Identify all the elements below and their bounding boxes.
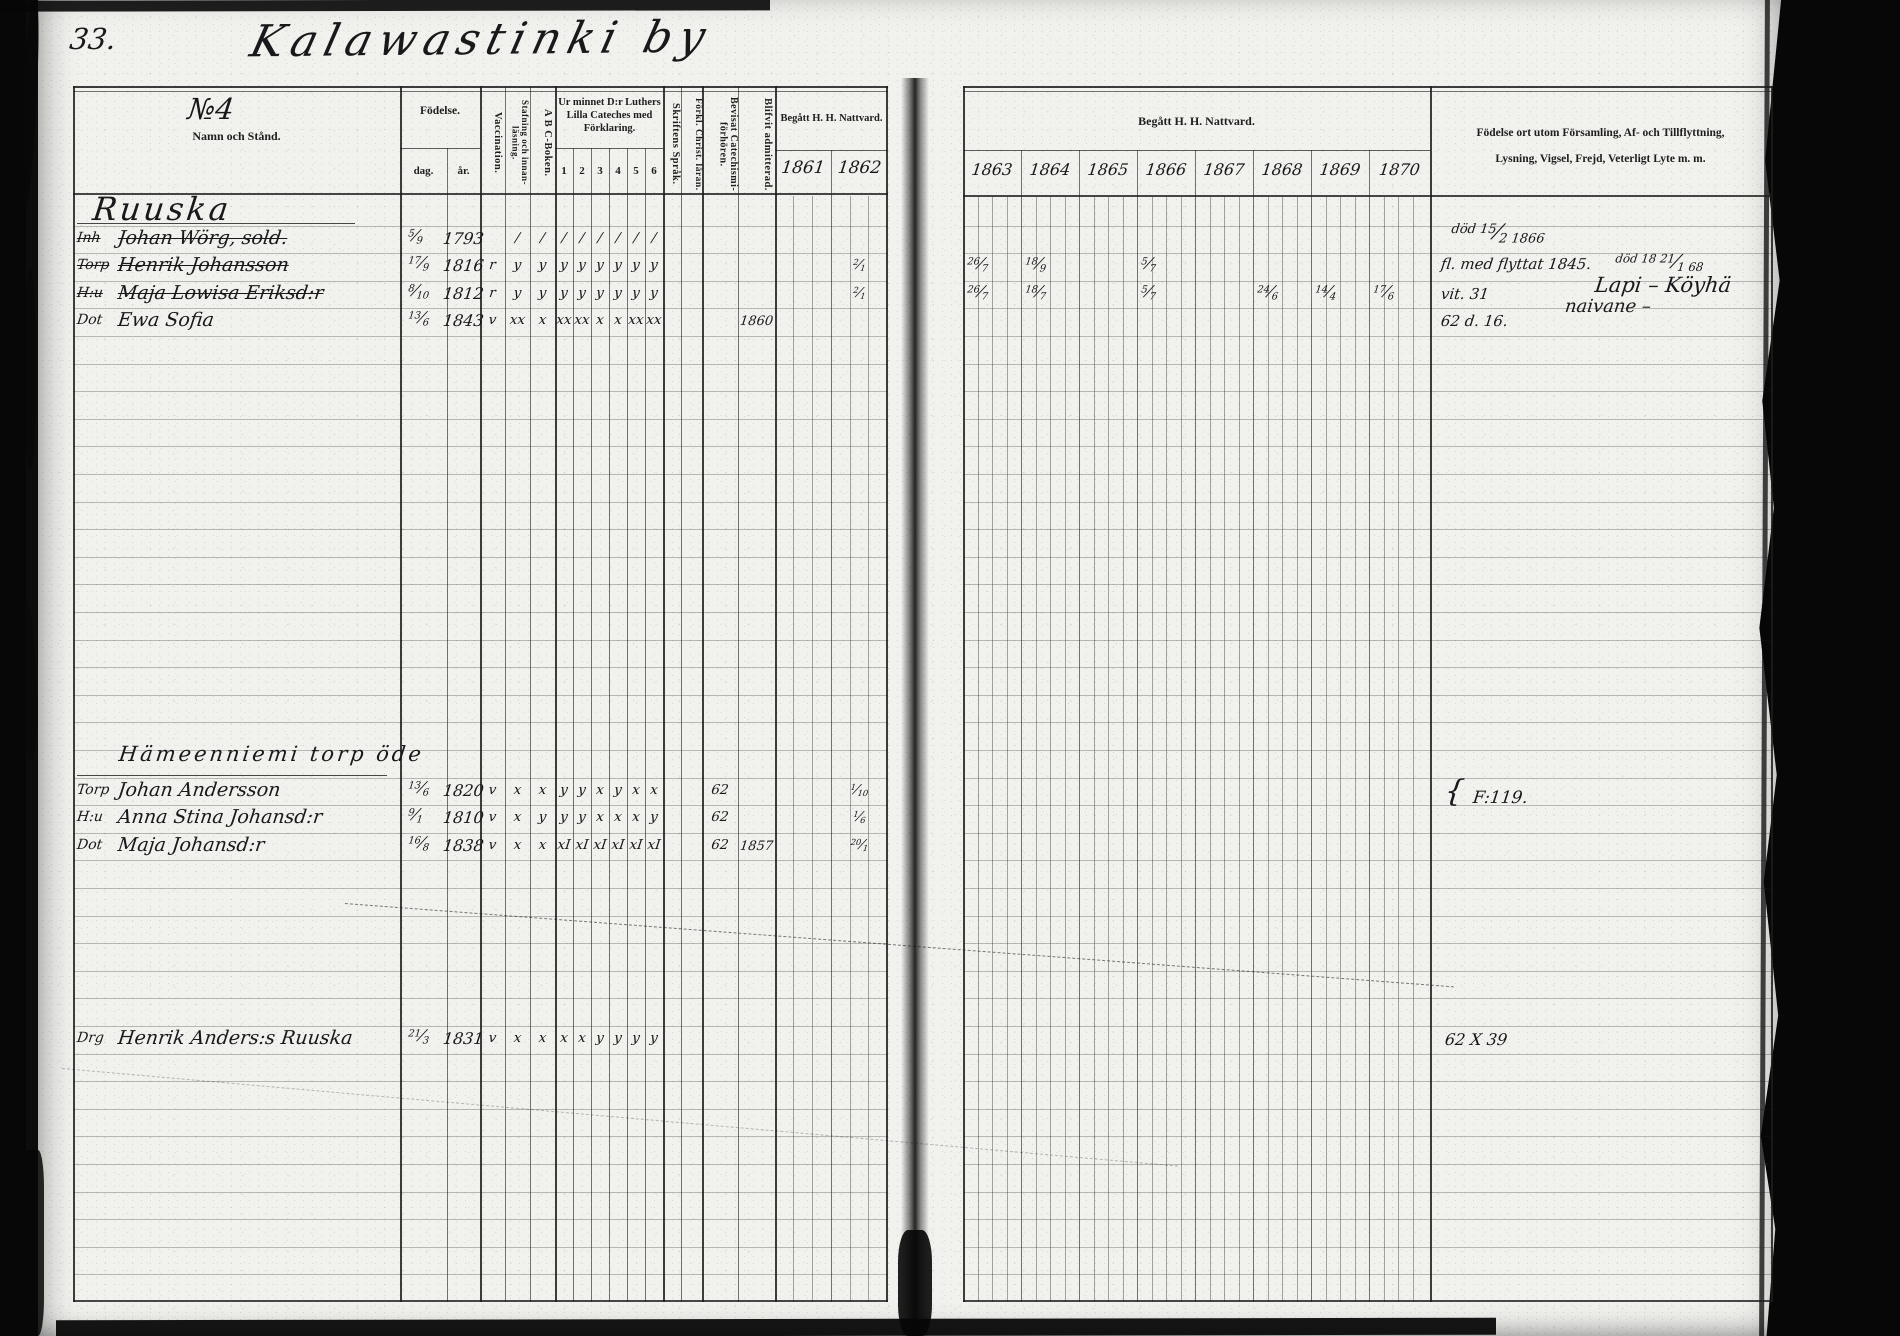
exam-mark-vacc: v — [479, 809, 506, 825]
exam-mark-c4: y — [608, 1030, 628, 1046]
row-rule-line — [73, 1109, 888, 1110]
exam-mark-y1862: 2⁄1 — [830, 257, 889, 273]
header-year-1862: 1862 — [830, 158, 889, 178]
row-rule-line — [73, 91, 888, 92]
exam-mark-c3: y — [590, 257, 610, 273]
exam-mark-c2: xI — [572, 837, 592, 853]
row-rule-line — [73, 502, 888, 503]
entry-birth-day: 16⁄8 — [407, 833, 431, 853]
header-birth: Födelse. — [400, 104, 480, 118]
row-rule-line — [963, 391, 1773, 392]
exam-mark-c4: y — [608, 285, 628, 301]
column-rule-line — [1311, 150, 1312, 1302]
exam-mark-abc: y — [529, 809, 556, 825]
torn-edge-right — [1755, 0, 1900, 1336]
exam-mark-c5: y — [626, 285, 646, 301]
entry-name: Maja Lowisa Eriksd:r — [117, 282, 325, 304]
exam-mark-c4: y — [608, 782, 628, 798]
row-rule-line — [963, 195, 1773, 197]
header-notes-line2: Lysning, Vigsel, Frejd, Veterligt Lyte m… — [1438, 152, 1763, 166]
exam-mark-c1: y — [554, 809, 574, 825]
row-rule-line — [963, 1136, 1773, 1137]
header-year-1865: 1865 — [1078, 160, 1138, 179]
entry-birth-day: 17⁄9 — [407, 253, 431, 273]
row-rule-line — [73, 1274, 888, 1275]
exam-mark-vacc: r — [479, 285, 506, 301]
exam-mark-c4: y — [608, 257, 628, 273]
exam-mark-staf: x — [504, 782, 531, 798]
header-admitted: Blifvit admitterad. — [742, 94, 773, 194]
row-rule-line — [963, 446, 1773, 447]
row-rule-line — [963, 502, 1773, 503]
exam-mark-c5: x — [626, 782, 646, 798]
exam-mark-bevisat: 62 — [701, 837, 739, 853]
exam-mark-abc: x — [529, 312, 556, 328]
row-rule-line — [963, 888, 1773, 889]
exam-mark-c1: y — [554, 782, 574, 798]
exam-mark-staf: x — [504, 1030, 531, 1046]
row-rule-line — [963, 998, 1773, 999]
row-rule-line — [963, 612, 1773, 613]
header-year-1868: 1868 — [1252, 160, 1312, 179]
communion-date-1866: 5⁄7 — [1140, 282, 1158, 302]
row-rule-line — [963, 695, 1773, 696]
entry-title: H:u — [76, 809, 104, 825]
row-rule-line — [963, 364, 1773, 365]
exam-mark-c5: ∕ — [626, 230, 646, 246]
row-rule-line — [73, 1219, 888, 1220]
exam-mark-y1862: 2⁄1 — [830, 285, 889, 301]
row-rule-line — [73, 943, 888, 944]
row-rule-line — [963, 557, 1773, 558]
section-heading: Hämeenniemi torp öde — [118, 742, 426, 766]
row-rule-line — [73, 584, 888, 585]
row-rule-line — [963, 584, 1773, 585]
column-rule-line — [1079, 150, 1080, 1302]
row-rule-line — [963, 336, 1773, 337]
exam-mark-blifvit: 1857 — [737, 839, 776, 854]
entry-birth-day: 8⁄10 — [407, 281, 431, 301]
header-communion-left: Begått H. H. Nattvard. — [775, 112, 888, 125]
exam-mark-c1: y — [554, 257, 574, 273]
exam-mark-staf: ∕ — [504, 230, 531, 246]
row-rule-line — [73, 474, 888, 475]
header-year-1863: 1863 — [962, 160, 1022, 179]
row-rule-line — [963, 778, 1773, 779]
exam-mark-staf: x — [504, 837, 531, 853]
communion-date-1864: 18⁄9 — [1024, 254, 1048, 274]
entry-birth-year: 1793 — [442, 229, 485, 248]
row-rule-line — [963, 1192, 1773, 1193]
row-rule-line — [73, 667, 888, 668]
exam-mark-vacc: v — [479, 837, 506, 853]
entry-name: Anna Stina Johansd:r — [117, 806, 324, 828]
exam-mark-staf: y — [504, 257, 531, 273]
entry-name: Johan Wörg, sold. — [117, 227, 289, 249]
communion-date-1866: 5⁄7 — [1140, 254, 1158, 274]
row-rule-line — [73, 1247, 888, 1248]
header-birth-year: år. — [447, 165, 480, 179]
entry-title: Dot — [76, 837, 103, 853]
exam-mark-y1862: 1⁄10 — [830, 782, 889, 798]
header-communion-right: Begått H. H. Nattvard. — [963, 114, 1430, 129]
communion-date-1864: 18⁄7 — [1024, 282, 1048, 302]
entry-birth-day: 9⁄1 — [407, 805, 425, 825]
entry-note: 62 d. 16. — [1440, 312, 1509, 330]
row-rule-line — [73, 446, 888, 447]
row-rule-line — [73, 888, 888, 889]
torn-edge-left-smudge — [24, 270, 36, 470]
header-year-1866: 1866 — [1136, 160, 1196, 179]
row-rule-line — [73, 1300, 888, 1302]
column-rule-line — [1137, 150, 1138, 1302]
row-rule-line — [73, 971, 888, 972]
exam-mark-c2: x — [572, 1030, 592, 1046]
entry-note: fl. med flyttat 1845. — [1440, 255, 1592, 273]
exam-mark-c2: y — [572, 285, 592, 301]
header-year-1861: 1861 — [774, 158, 832, 178]
exam-mark-c6: ∕ — [644, 230, 664, 246]
exam-mark-y1862: 20⁄1 — [830, 837, 889, 853]
header-cat-3: 3 — [591, 165, 609, 179]
row-rule-line — [963, 1219, 1773, 1220]
exam-mark-vacc: v — [479, 782, 506, 798]
row-rule-line — [73, 1054, 888, 1055]
header-cat-6: 6 — [645, 165, 663, 179]
row-rule-line — [73, 695, 888, 696]
row-rule-line — [73, 86, 888, 88]
row-rule-line — [963, 308, 1773, 309]
row-rule-line — [963, 474, 1773, 475]
communion-date-1863: 26⁄7 — [966, 282, 990, 302]
entry-title: Inh — [76, 230, 102, 246]
exam-mark-c4: ∕ — [608, 230, 628, 246]
exam-mark-c6: y — [644, 257, 664, 273]
column-rule-line — [831, 150, 832, 1302]
exam-mark-c3: y — [590, 1030, 610, 1046]
header-scripture-language: Skriftens Språk. — [664, 94, 681, 194]
exam-mark-vacc: v — [479, 1030, 506, 1046]
exam-mark-abc: x — [529, 837, 556, 853]
entry-note: F:119. — [1472, 788, 1529, 808]
exam-mark-c2: y — [572, 257, 592, 273]
row-rule-line — [73, 640, 888, 641]
exam-mark-staf: x — [504, 809, 531, 825]
exam-mark-c5: xI — [626, 837, 646, 853]
row-rule-line — [73, 529, 888, 530]
row-rule-line — [963, 1109, 1773, 1110]
exam-mark-abc: x — [529, 1030, 556, 1046]
entry-birth-day: 21⁄3 — [407, 1026, 431, 1046]
exam-mark-c2: xx — [572, 312, 592, 328]
header-cat-5: 5 — [627, 165, 645, 179]
exam-mark-c6: y — [644, 285, 664, 301]
exam-mark-c2: ∕ — [572, 230, 592, 246]
column-rule-line — [1253, 150, 1254, 1302]
exam-mark-c4: x — [608, 312, 628, 328]
row-rule-line — [963, 91, 1773, 92]
exam-mark-c6: y — [644, 809, 664, 825]
header-christian-doctrine: Förkl. Christ. läran. — [683, 94, 702, 194]
entry-title: Dot — [76, 312, 103, 328]
section-underline — [77, 775, 387, 777]
row-rule-line — [963, 1081, 1773, 1082]
row-rule-line — [775, 150, 888, 151]
row-rule-line — [400, 148, 480, 149]
header-vaccination: Vaccination. — [482, 94, 503, 192]
exam-mark-c6: xx — [644, 312, 664, 328]
exam-mark-c1: ∕ — [554, 230, 574, 246]
entry-birth-day: 5⁄9 — [407, 226, 425, 246]
exam-mark-abc: ∕ — [529, 230, 556, 246]
header-abc-book: A B C-Boken. — [532, 94, 553, 192]
exam-mark-staf: xx — [504, 312, 531, 328]
row-rule-line — [963, 226, 1773, 227]
row-rule-line — [963, 1054, 1773, 1055]
book-gutter-bottom — [898, 1230, 932, 1336]
entry-title: Drg — [76, 1030, 105, 1046]
exam-mark-c3: ∕ — [590, 230, 610, 246]
communion-date-1868: 24⁄6 — [1256, 282, 1280, 302]
page-number: 33. — [68, 22, 119, 56]
exam-mark-abc: y — [529, 285, 556, 301]
entry-title: Torp — [76, 257, 110, 273]
row-rule-line — [73, 612, 888, 613]
exam-mark-abc: x — [529, 782, 556, 798]
exam-mark-vacc: v — [479, 312, 506, 328]
column-rule-line — [1369, 150, 1370, 1302]
header-year-1867: 1867 — [1194, 160, 1254, 179]
row-rule-line — [73, 391, 888, 392]
entry-note: död 15⁄2 1866 — [1449, 220, 1546, 246]
row-rule-line — [963, 667, 1773, 668]
row-rule-line — [963, 640, 1773, 641]
row-rule-line — [963, 833, 1773, 834]
exam-mark-abc: y — [529, 257, 556, 273]
row-rule-line — [963, 860, 1773, 861]
row-rule-line — [963, 1026, 1773, 1027]
exam-mark-c1: xx — [554, 312, 574, 328]
row-rule-line — [73, 998, 888, 999]
row-rule-line — [963, 1300, 1773, 1302]
row-rule-line — [73, 336, 888, 337]
village-title: Kalawastinki by — [245, 12, 717, 68]
exam-mark-c1: xI — [554, 837, 574, 853]
exam-mark-c3: xI — [590, 837, 610, 853]
entry-title: Torp — [76, 782, 110, 798]
row-rule-line — [73, 722, 888, 723]
header-name-column: Namn och Stånd. — [73, 129, 400, 144]
exam-mark-c1: x — [554, 1030, 574, 1046]
row-rule-line — [73, 860, 888, 861]
exam-mark-y1862: 1⁄6 — [830, 809, 889, 825]
exam-mark-c5: x — [626, 809, 646, 825]
exam-mark-c6: y — [644, 1030, 664, 1046]
header-cat-4: 4 — [609, 165, 627, 179]
column-rule-line — [1195, 150, 1196, 1302]
header-cat-1: 1 — [555, 165, 573, 179]
exam-mark-vacc: r — [479, 257, 506, 273]
header-year-1864: 1864 — [1020, 160, 1080, 179]
header-year-1869: 1869 — [1310, 160, 1370, 179]
communion-date-1863: 26⁄7 — [966, 254, 990, 274]
entry-birth-day: 13⁄6 — [407, 308, 431, 328]
row-rule-line — [963, 150, 1430, 151]
header-spelling-reading: Stafning och innan-läsning. — [505, 94, 529, 192]
exam-mark-c5: y — [626, 1030, 646, 1046]
entry-name: Johan Andersson — [117, 779, 282, 801]
exam-mark-c6: xI — [644, 837, 664, 853]
entry-note: död 18 21⁄1 68 — [1614, 251, 1706, 274]
row-rule-line — [73, 419, 888, 420]
row-rule-line — [963, 419, 1773, 420]
row-rule-line — [963, 1164, 1773, 1165]
row-rule-line — [963, 86, 1773, 88]
torn-edge-top — [0, 0, 770, 12]
entry-note: vit. 31 — [1440, 285, 1490, 303]
exam-mark-c3: x — [590, 782, 610, 798]
row-rule-line — [963, 750, 1773, 751]
scanned-parish-register: 33. Kalawastinki by №4 Namn och Stånd. F… — [0, 0, 1900, 1336]
communion-date-1869: 14⁄4 — [1314, 282, 1338, 302]
header-birth-day: dag. — [400, 165, 447, 179]
row-rule-line — [73, 1192, 888, 1193]
row-rule-line — [555, 148, 663, 149]
exam-mark-bevisat: 62 — [701, 782, 739, 798]
book-gutter-shadow — [901, 78, 929, 1336]
row-rule-line — [963, 971, 1773, 972]
entry-birth-day: 13⁄6 — [407, 778, 431, 798]
entry-note: 62 X 39 — [1444, 1030, 1509, 1049]
entry-name: Maja Johansd:r — [117, 834, 266, 856]
entry-name: Ewa Sofia — [117, 309, 216, 331]
household-number: №4 — [186, 92, 236, 126]
exam-mark-c3: x — [590, 312, 610, 328]
row-rule-line — [73, 1136, 888, 1137]
entry-name: Henrik Johansson — [117, 254, 290, 276]
row-rule-line — [963, 529, 1773, 530]
exam-mark-c2: y — [572, 782, 592, 798]
header-cat-2: 2 — [573, 165, 591, 179]
exam-mark-c4: x — [608, 809, 628, 825]
exam-mark-c3: y — [590, 285, 610, 301]
section-underline — [77, 223, 355, 225]
exam-mark-c1: y — [554, 285, 574, 301]
row-rule-line — [963, 805, 1773, 806]
entry-title: H:u — [76, 285, 104, 301]
exam-mark-c5: y — [626, 257, 646, 273]
row-rule-line — [73, 1164, 888, 1165]
header-catechism: Ur minnet D:r Luthers Lilla Cateches med… — [556, 96, 663, 135]
row-rule-line — [73, 557, 888, 558]
entry-name: Henrik Anders:s Ruuska — [117, 1027, 354, 1049]
exam-mark-c4: xI — [608, 837, 628, 853]
row-rule-line — [963, 943, 1773, 944]
row-rule-line — [73, 1081, 888, 1082]
entry-note: naivane – — [1564, 296, 1653, 317]
entry-note: Lapi – Köyhä — [1594, 273, 1733, 297]
column-rule-line — [1021, 150, 1022, 1302]
header-year-1870: 1870 — [1368, 160, 1431, 179]
row-rule-line — [963, 722, 1773, 723]
row-rule-line — [963, 1274, 1773, 1275]
exam-mark-staf: y — [504, 285, 531, 301]
exam-mark-blifvit: 1860 — [737, 314, 776, 329]
torn-edge-bottom — [56, 1318, 1496, 1336]
row-rule-line — [963, 1247, 1773, 1248]
exam-mark-c5: xx — [626, 312, 646, 328]
exam-mark-c6: x — [644, 782, 664, 798]
row-rule-line — [963, 916, 1773, 917]
exam-mark-c3: x — [590, 809, 610, 825]
torn-edge-left-smudge — [14, 1150, 44, 1336]
header-notes-line1: Födelse ort utom Församling, Af- och Til… — [1438, 126, 1763, 140]
row-rule-line — [73, 916, 888, 917]
exam-mark-c2: y — [572, 809, 592, 825]
exam-mark-bevisat: 62 — [701, 809, 739, 825]
row-rule-line — [73, 364, 888, 365]
header-proved-catechism: Bevisat Catechismi-förhören. — [705, 94, 738, 194]
communion-date-1870: 17⁄6 — [1372, 282, 1396, 302]
